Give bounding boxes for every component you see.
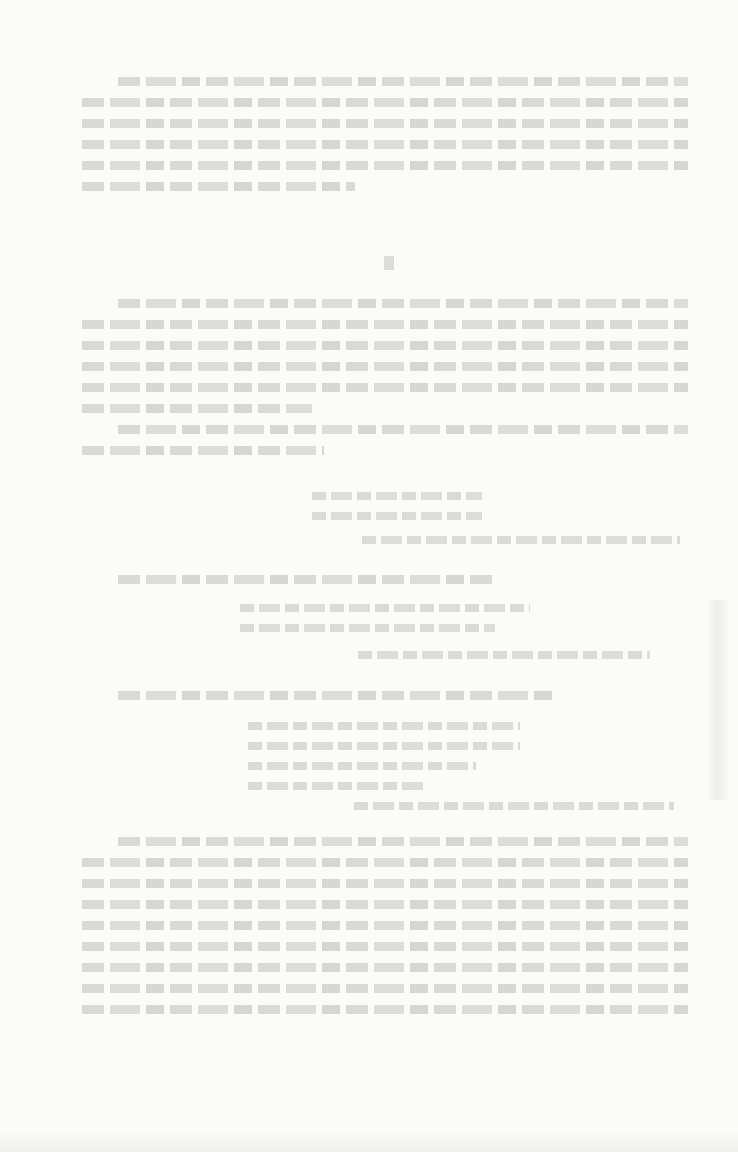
text-between-2: [illegible] — [118, 684, 552, 705]
text-line: [illegible] — [118, 70, 688, 91]
text-line: [illegible] — [82, 397, 312, 418]
formula-line: [illegible] — [240, 618, 495, 638]
scan-edge-artifact — [708, 600, 730, 800]
text-line: [illegible] — [82, 998, 688, 1019]
formula-equation-2: [illegible] — [358, 645, 650, 665]
formula-line: [illegible] — [312, 506, 482, 526]
text-line: [illegible] — [82, 439, 324, 460]
section-marker: [illegible] — [384, 256, 394, 270]
text-line: [illegible] — [82, 175, 355, 196]
equation-line: [illegible] — [354, 796, 674, 816]
paragraph-2: [illegible] [illegible] [illegible] [ill… — [82, 292, 688, 460]
equation-line: [illegible] — [358, 645, 650, 665]
formula-line: [illegible] — [312, 486, 482, 506]
text-line: [illegible] — [82, 133, 688, 154]
formula-line: [illegible] — [248, 776, 428, 796]
text-line: [illegible] — [118, 684, 552, 705]
formula-line: [illegible] — [248, 756, 476, 776]
text-between-1: [illegible] — [118, 568, 498, 589]
text-line: [illegible] — [82, 112, 688, 133]
text-line: [illegible] — [118, 292, 688, 313]
formula-block-3: [illegible] [illegible] [illegible] [ill… — [248, 716, 520, 796]
text-line: [illegible] — [82, 977, 688, 998]
formula-equation-1: [illegible] — [362, 530, 680, 550]
text-line: [illegible] — [82, 355, 688, 376]
formula-equation-3: [illegible] — [354, 796, 674, 816]
text-line: [illegible] — [118, 418, 688, 439]
paragraph-3: [illegible] [illegible] [illegible] [ill… — [82, 830, 688, 1019]
formula-block-2: [illegible] [illegible] — [240, 598, 530, 638]
text-line: [illegible] — [82, 334, 688, 355]
text-line: [illegible] — [82, 851, 688, 872]
formula-line: [illegible] — [240, 598, 530, 618]
paragraph-1: [illegible] [illegible] [illegible] [ill… — [82, 70, 688, 196]
text-line: [illegible] — [82, 313, 688, 334]
text-line: [illegible] — [82, 956, 688, 977]
text-line: [illegible] — [82, 893, 688, 914]
scanned-page: [illegible] [illegible] [illegible] [ill… — [0, 0, 738, 1152]
text-line: [illegible] — [82, 935, 688, 956]
scan-bottom-artifact — [0, 1130, 738, 1152]
equation-line: [illegible] — [362, 530, 680, 550]
text-line: [illegible] — [118, 830, 688, 851]
formula-line: [illegible] — [248, 716, 520, 736]
text-line: [illegible] — [82, 376, 688, 397]
formula-block-1: [illegible] [illegible] — [312, 486, 482, 526]
text-line: [illegible] — [82, 872, 688, 893]
text-line: [illegible] — [82, 154, 688, 175]
text-line: [illegible] — [118, 568, 498, 589]
formula-line: [illegible] — [248, 736, 520, 756]
text-line: [illegible] — [82, 914, 688, 935]
text-line: [illegible] — [82, 91, 688, 112]
